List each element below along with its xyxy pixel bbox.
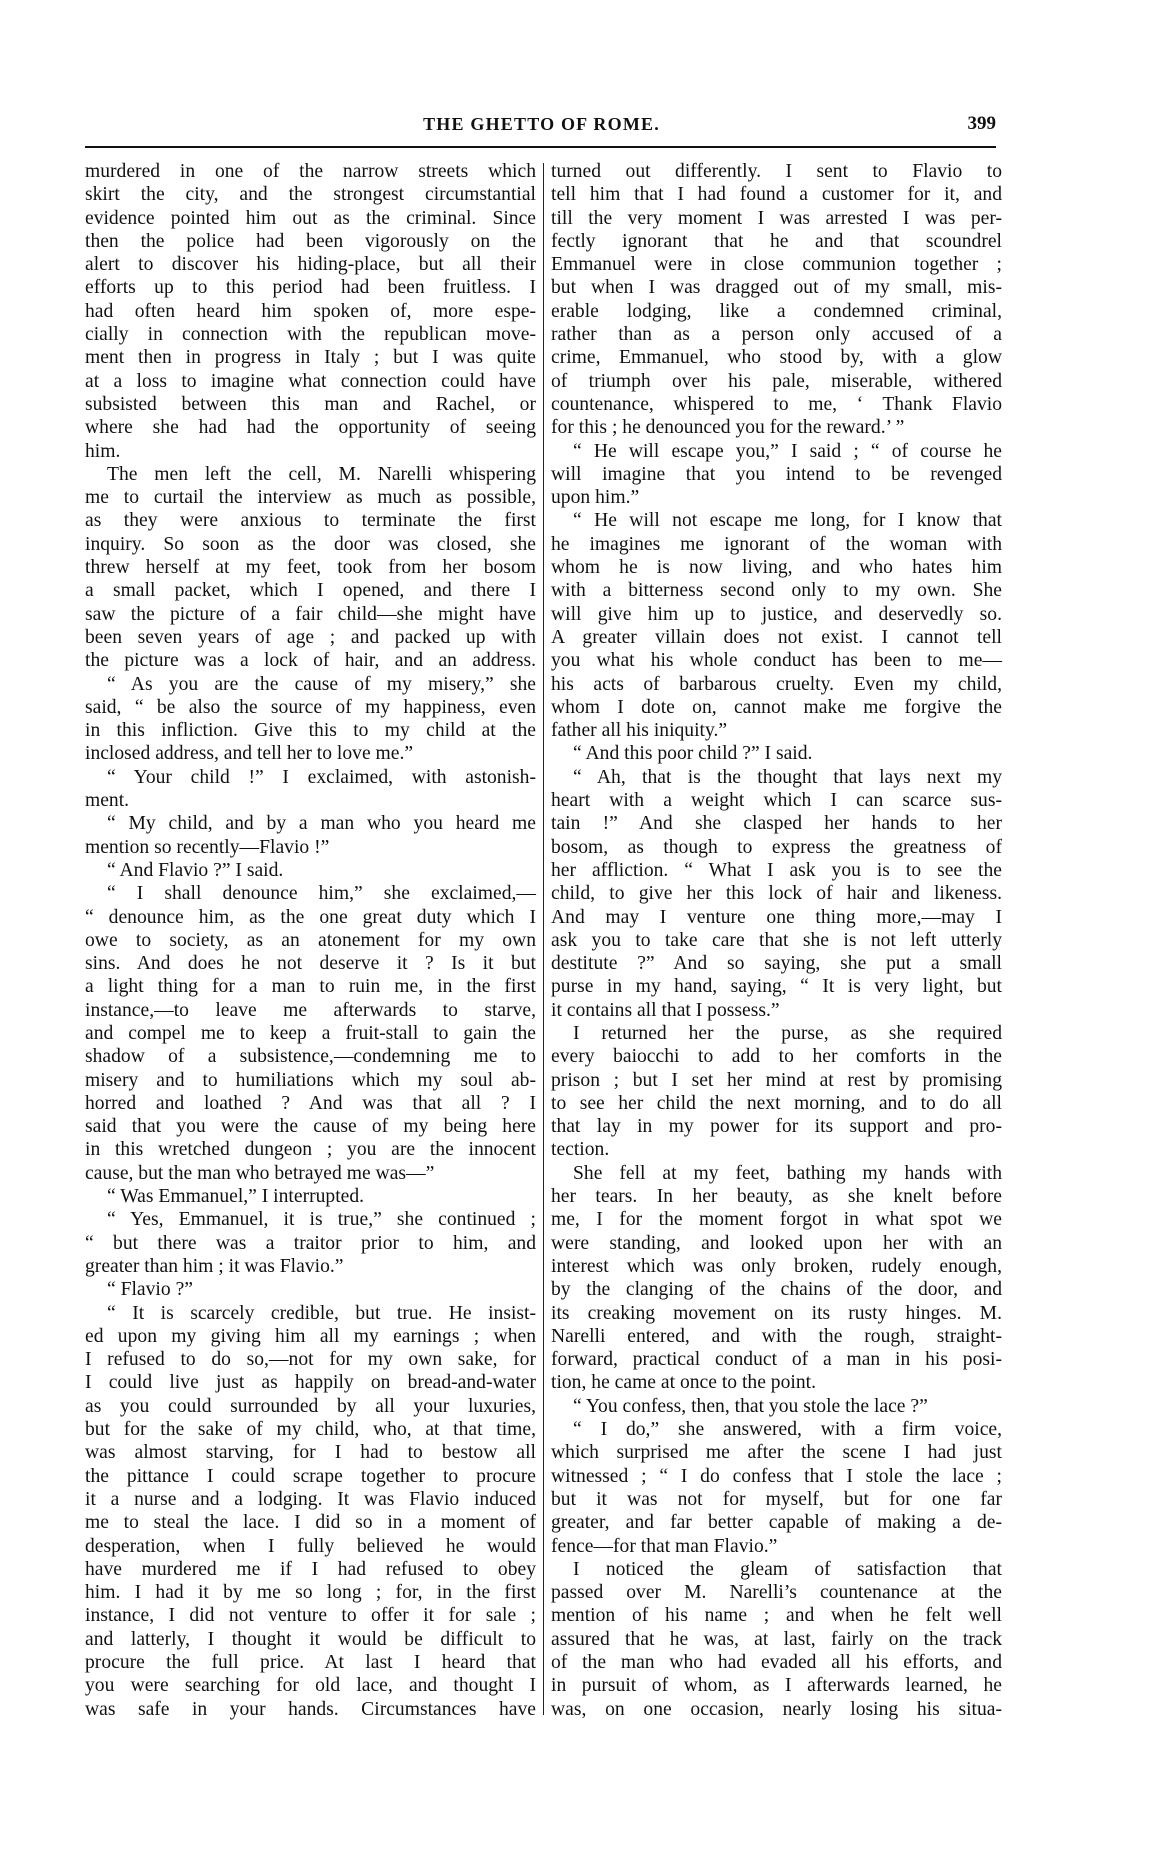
text-line: him. I had it by me so long ; for, in th… (85, 1581, 536, 1604)
text-line: in this infliction. Give this to my chil… (85, 719, 536, 742)
text-line: upon him.” (551, 486, 1002, 509)
text-line: with a bitterness second only to my own.… (551, 579, 1002, 602)
text-line: tell him that I had found a customer for… (551, 183, 1002, 206)
text-line: whom he is now living, and who hates him (551, 556, 1002, 579)
text-line: but for the sake of my child, who, at th… (85, 1418, 536, 1441)
text-line: have murdered me if I had refused to obe… (85, 1558, 536, 1581)
text-line: whom I dote on, cannot make me forgive t… (551, 696, 1002, 719)
text-line: “ My child, and by a man who you heard m… (85, 812, 536, 835)
text-line: witnessed ; “ I do confess that I stole … (551, 1465, 1002, 1488)
text-line: purse in my hand, saying, “ It is very l… (551, 975, 1002, 998)
text-line: heart with a weight which I can scarce s… (551, 789, 1002, 812)
text-line: its creaking movement on its rusty hinge… (551, 1302, 1002, 1325)
text-line: sins. And does he not deserve it ? Is it… (85, 952, 536, 975)
text-line: I refused to do so,—not for my own sake,… (85, 1348, 536, 1371)
text-line: was, on one occasion, nearly losing his … (551, 1698, 1002, 1721)
text-line: will give him up to justice, and deserve… (551, 603, 1002, 626)
text-line: She fell at my feet, bathing my hands wi… (551, 1162, 1002, 1185)
text-line: will imagine that you intend to be reven… (551, 463, 1002, 486)
text-line: her affliction. “ What I ask you is to s… (551, 859, 1002, 882)
right-column: turned out differently. I sent to Flavio… (551, 160, 1002, 1721)
text-line: had often heard him spoken of, more espe… (85, 300, 536, 323)
text-line: A greater villain does not exist. I cann… (551, 626, 1002, 649)
text-line: as they were anxious to terminate the fi… (85, 509, 536, 532)
text-line: “ but there was a traitor prior to him, … (85, 1232, 536, 1255)
text-line: father all his iniquity.” (551, 719, 1002, 742)
text-line: it a nurse and a lodging. It was Flavio … (85, 1488, 536, 1511)
text-line: fectly ignorant that he and that scoundr… (551, 230, 1002, 253)
text-line: me to steal the lace. I did so in a mome… (85, 1511, 536, 1534)
text-line: as you could surrounded by all your luxu… (85, 1395, 536, 1418)
text-line: “ I shall denounce him,” she exclaimed,— (85, 882, 536, 905)
text-line: forward, practical conduct of a man in h… (551, 1348, 1002, 1371)
text-line: been seven years of age ; and packed up … (85, 626, 536, 649)
running-title: THE GHETTO OF ROME. (85, 112, 998, 136)
text-line: “ Flavio ?” (85, 1278, 536, 1301)
text-line: a small packet, which I opened, and ther… (85, 579, 536, 602)
text-line: said, “ be also the source of my happine… (85, 696, 536, 719)
text-line: cially in connection with the republican… (85, 323, 536, 346)
text-line: ment. (85, 789, 536, 812)
text-line: passed over M. Narelli’s countenance at … (551, 1581, 1002, 1604)
text-line: “ And this poor child ?” I said. (551, 742, 1002, 765)
text-line: the pittance I could scrape together to … (85, 1465, 536, 1488)
text-line: by the clanging of the chains of the doo… (551, 1278, 1002, 1301)
text-line: child, to give her this lock of hair and… (551, 882, 1002, 905)
left-column: murdered in one of the narrow streets wh… (85, 160, 536, 1721)
text-line: subsisted between this man and Rachel, o… (85, 393, 536, 416)
text-line: which surprised me after the scene I had… (551, 1441, 1002, 1464)
text-line: “ You confess, then, that you stole the … (551, 1395, 1002, 1418)
text-line: procure the full price. At last I heard … (85, 1651, 536, 1674)
text-line: threw herself at my feet, took from her … (85, 556, 536, 579)
text-line: desperation, when I fully believed he wo… (85, 1535, 536, 1558)
text-line: destitute ?” And so saying, she put a sm… (551, 952, 1002, 975)
text-line: and compel me to keep a fruit-stall to g… (85, 1022, 536, 1045)
text-line: but it was not for myself, but for one f… (551, 1488, 1002, 1511)
text-line: him. (85, 440, 536, 463)
text-line: horred and loathed ? And was that all ? … (85, 1092, 536, 1115)
text-line: And may I venture one thing more,—may I (551, 906, 1002, 929)
text-line: mention of his name ; and when he felt w… (551, 1604, 1002, 1627)
text-line: efforts up to this period had been fruit… (85, 276, 536, 299)
text-line: alert to discover his hiding-place, but … (85, 253, 536, 276)
text-line: evidence pointed him out as the criminal… (85, 207, 536, 230)
text-line: till the very moment I was arrested I wa… (551, 207, 1002, 230)
text-line: ment then in progress in Italy ; but I w… (85, 346, 536, 369)
text-line: me to curtail the interview as much as p… (85, 486, 536, 509)
text-line: her tears. In her beauty, as she knelt b… (551, 1185, 1002, 1208)
text-line: me, I for the moment forgot in what spot… (551, 1208, 1002, 1231)
text-line: assured that he was, at last, fairly on … (551, 1628, 1002, 1651)
text-line: said that you were the cause of my being… (85, 1115, 536, 1138)
text-line: tain !” And she clasped her hands to her (551, 812, 1002, 835)
text-line: were standing, and looked upon her with … (551, 1232, 1002, 1255)
text-line: the picture was a lock of hair, and an a… (85, 649, 536, 672)
text-line: “ I do,” she answered, with a firm voice… (551, 1418, 1002, 1441)
column-divider (543, 163, 544, 1715)
text-line: to see her child the next morning, and t… (551, 1092, 1002, 1115)
text-line: Emmanuel were in close communion togethe… (551, 253, 1002, 276)
text-line: bosom, as though to express the greatnes… (551, 836, 1002, 859)
text-line: “ It is scarcely credible, but true. He … (85, 1302, 536, 1325)
text-line: shadow of a subsistence,—condemning me t… (85, 1045, 536, 1068)
text-line: I noticed the gleam of satisfaction that (551, 1558, 1002, 1581)
text-line: but when I was dragged out of my small, … (551, 276, 1002, 299)
text-line: “ He will not escape me long, for I know… (551, 509, 1002, 532)
text-line: erable lodging, like a condemned crimina… (551, 300, 1002, 323)
text-line: ask you to take care that she is not lef… (551, 929, 1002, 952)
text-line: for this ; he denounced you for the rewa… (551, 416, 1002, 439)
text-line: greater than him ; it was Flavio.” (85, 1255, 536, 1278)
header-rule (85, 146, 996, 148)
text-line: rather than as a person only accused of … (551, 323, 1002, 346)
text-line: I returned her the purse, as she require… (551, 1022, 1002, 1045)
text-line: crime, Emmanuel, who stood by, with a gl… (551, 346, 1002, 369)
text-line: The men left the cell, M. Narelli whispe… (85, 463, 536, 486)
text-line: at a loss to imagine what connection cou… (85, 370, 536, 393)
text-line: mention so recently—Flavio !” (85, 836, 536, 859)
text-line: then the police had been vigorously on t… (85, 230, 536, 253)
text-line: misery and to humiliations which my soul… (85, 1069, 536, 1092)
text-line: interest which was only broken, rudely e… (551, 1255, 1002, 1278)
text-line: cause, but the man who betrayed me was—” (85, 1162, 536, 1185)
text-line: “ Yes, Emmanuel, it is true,” she contin… (85, 1208, 536, 1231)
text-line: was safe in your hands. Circumstances ha… (85, 1698, 536, 1721)
text-line: “ Was Emmanuel,” I interrupted. (85, 1185, 536, 1208)
text-line: of the man who had evaded all his effort… (551, 1651, 1002, 1674)
text-line: “ He will escape you,” I said ; “ of cou… (551, 440, 1002, 463)
text-line: owe to society, as an atonement for my o… (85, 929, 536, 952)
text-line: countenance, whispered to me, ‘ Thank Fl… (551, 393, 1002, 416)
text-line: I could live just as happily on bread-an… (85, 1371, 536, 1394)
text-line: “ Ah, that is the thought that lays next… (551, 766, 1002, 789)
text-line: that lay in my power for its support and… (551, 1115, 1002, 1138)
text-line: every baiocchi to add to her comforts in… (551, 1045, 1002, 1068)
text-line: was almost starving, for I had to bestow… (85, 1441, 536, 1464)
page-number: 399 (968, 112, 997, 136)
text-line: ed upon my giving him all my earnings ; … (85, 1325, 536, 1348)
text-line: in this wretched dungeon ; you are the i… (85, 1138, 536, 1161)
text-line: fence—for that man Flavio.” (551, 1535, 1002, 1558)
text-line: a light thing for a man to ruin me, in t… (85, 975, 536, 998)
book-page: THE GHETTO OF ROME. 399 murdered in one … (85, 0, 998, 1850)
text-line: turned out differently. I sent to Flavio… (551, 160, 1002, 183)
text-line: he imagines me ignorant of the woman wit… (551, 533, 1002, 556)
text-line: instance, I did not venture to offer it … (85, 1604, 536, 1627)
text-line: murdered in one of the narrow streets wh… (85, 160, 536, 183)
text-line: of triumph over his pale, miserable, wit… (551, 370, 1002, 393)
text-line: his acts of barbarous cruelty. Even my c… (551, 673, 1002, 696)
text-line: you were searching for old lace, and tho… (85, 1674, 536, 1697)
text-line: it contains all that I possess.” (551, 999, 1002, 1022)
text-line: “ denounce him, as the one great duty wh… (85, 906, 536, 929)
text-line: skirt the city, and the strongest circum… (85, 183, 536, 206)
text-line: inclosed address, and tell her to love m… (85, 742, 536, 765)
text-line: “ Your child !” I exclaimed, with astoni… (85, 766, 536, 789)
text-line: prison ; but I set her mind at rest by p… (551, 1069, 1002, 1092)
text-line: in pursuit of whom, as I afterwards lear… (551, 1674, 1002, 1697)
text-line: instance,—to leave me afterwards to star… (85, 999, 536, 1022)
text-line: inquiry. So soon as the door was closed,… (85, 533, 536, 556)
text-line: tion, he came at once to the point. (551, 1371, 1002, 1394)
text-line: “ And Flavio ?” I said. (85, 859, 536, 882)
text-line: saw the picture of a fair child—she migh… (85, 603, 536, 626)
text-line: Narelli entered, and with the rough, str… (551, 1325, 1002, 1348)
running-head: THE GHETTO OF ROME. 399 (85, 112, 998, 138)
text-line: and latterly, I thought it would be diff… (85, 1628, 536, 1651)
text-line: greater, and far better capable of makin… (551, 1511, 1002, 1534)
text-line: where she had had the opportunity of see… (85, 416, 536, 439)
text-line: “ As you are the cause of my misery,” sh… (85, 673, 536, 696)
text-line: tection. (551, 1138, 1002, 1161)
text-line: you what his whole conduct has been to m… (551, 649, 1002, 672)
